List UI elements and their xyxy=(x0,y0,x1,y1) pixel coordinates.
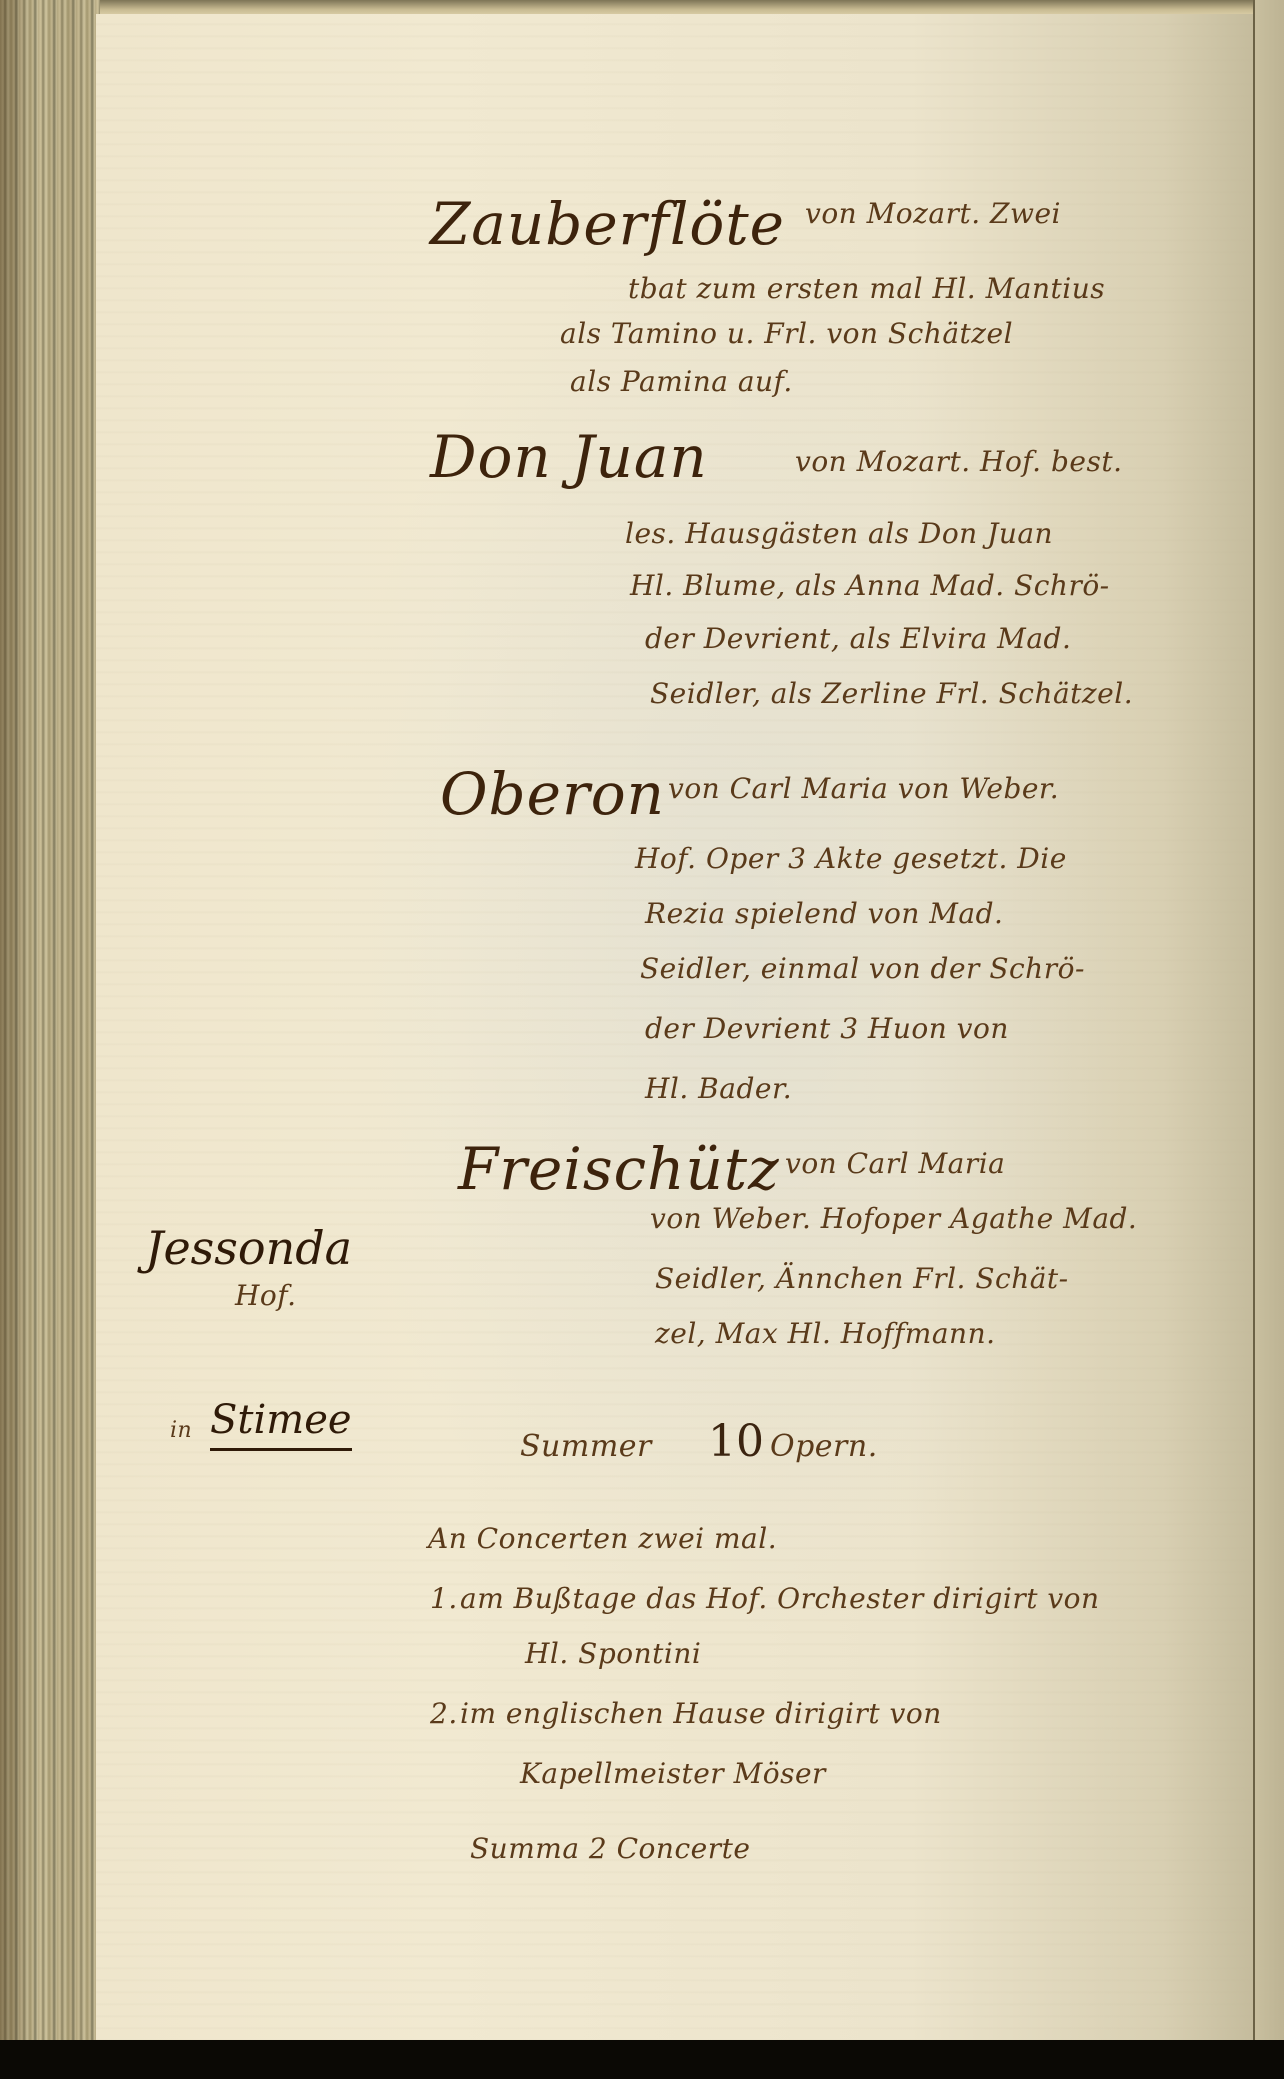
list-number: 2. xyxy=(430,1700,458,1728)
entry-line: Rezia spielend von Mad. xyxy=(645,900,1003,928)
margin-note-prefix: in xyxy=(170,1420,192,1442)
list-item-continuation: Hl. Spontini xyxy=(525,1640,701,1668)
list-item-text: am Bußtage das Hof. Orchester dirigirt v… xyxy=(460,1585,1100,1613)
margin-note-title: Stimee xyxy=(210,1400,352,1451)
entry-line: von Mozart. Zwei xyxy=(805,200,1061,228)
list-item-text: im englischen Hause dirigirt von xyxy=(460,1700,942,1728)
summary-suffix: Opern. xyxy=(770,1432,878,1462)
entry-line: von Carl Maria xyxy=(785,1150,1005,1178)
entry-line: von Carl Maria von Weber. xyxy=(668,775,1059,803)
entry-line: von Weber. Hofoper Agathe Mad. xyxy=(650,1205,1137,1233)
summary-number: 10 xyxy=(708,1420,764,1464)
entry-line: Hl. Bader. xyxy=(645,1075,792,1103)
list-item-continuation: Kapellmeister Möser xyxy=(520,1760,826,1788)
entry-line: Hof. Oper 3 Akte gesetzt. Die xyxy=(635,845,1067,873)
list-number: 1. xyxy=(430,1585,458,1613)
margin-note-subtitle: Hof. xyxy=(235,1282,297,1310)
entry-line: les. Hausgästen als Don Juan xyxy=(625,520,1053,548)
entry-line: der Devrient, als Elvira Mad. xyxy=(645,625,1071,653)
page-stack-edge xyxy=(0,0,100,2048)
concerts-total: Summa 2 Concerte xyxy=(470,1835,750,1863)
entry-line: Seidler, Ännchen Frl. Schät- xyxy=(655,1265,1069,1293)
entry-line: als Pamina auf. xyxy=(570,368,793,396)
entry-line: als Tamino u. Frl. von Schätzel xyxy=(560,320,1013,348)
entry-line: Hl. Blume, als Anna Mad. Schrö- xyxy=(630,572,1110,600)
entry-line: Seidler, als Zerline Frl. Schätzel. xyxy=(650,680,1133,708)
entry-line: der Devrient 3 Huon von xyxy=(645,1015,1009,1043)
entry-title: Don Juan xyxy=(430,428,708,486)
margin-note-title: Jessonda xyxy=(145,1225,352,1271)
concerts-intro: An Concerten zwei mal. xyxy=(428,1525,777,1553)
entry-line: von Mozart. Hof. best. xyxy=(795,448,1122,476)
entry-line: zel, Max Hl. Hoffmann. xyxy=(655,1320,996,1348)
background-shadow xyxy=(0,2040,1284,2079)
entry-title: Oberon xyxy=(440,765,665,823)
entry-line: Seidler, einmal von der Schrö- xyxy=(640,955,1085,983)
entry-title: Zauberflöte xyxy=(430,195,785,253)
summary-word: Summer xyxy=(520,1432,652,1462)
facing-page-edge xyxy=(1255,0,1284,2048)
entry-title: Freischütz xyxy=(458,1140,780,1198)
entry-line: tbat zum ersten mal Hl. Mantius xyxy=(628,275,1105,303)
